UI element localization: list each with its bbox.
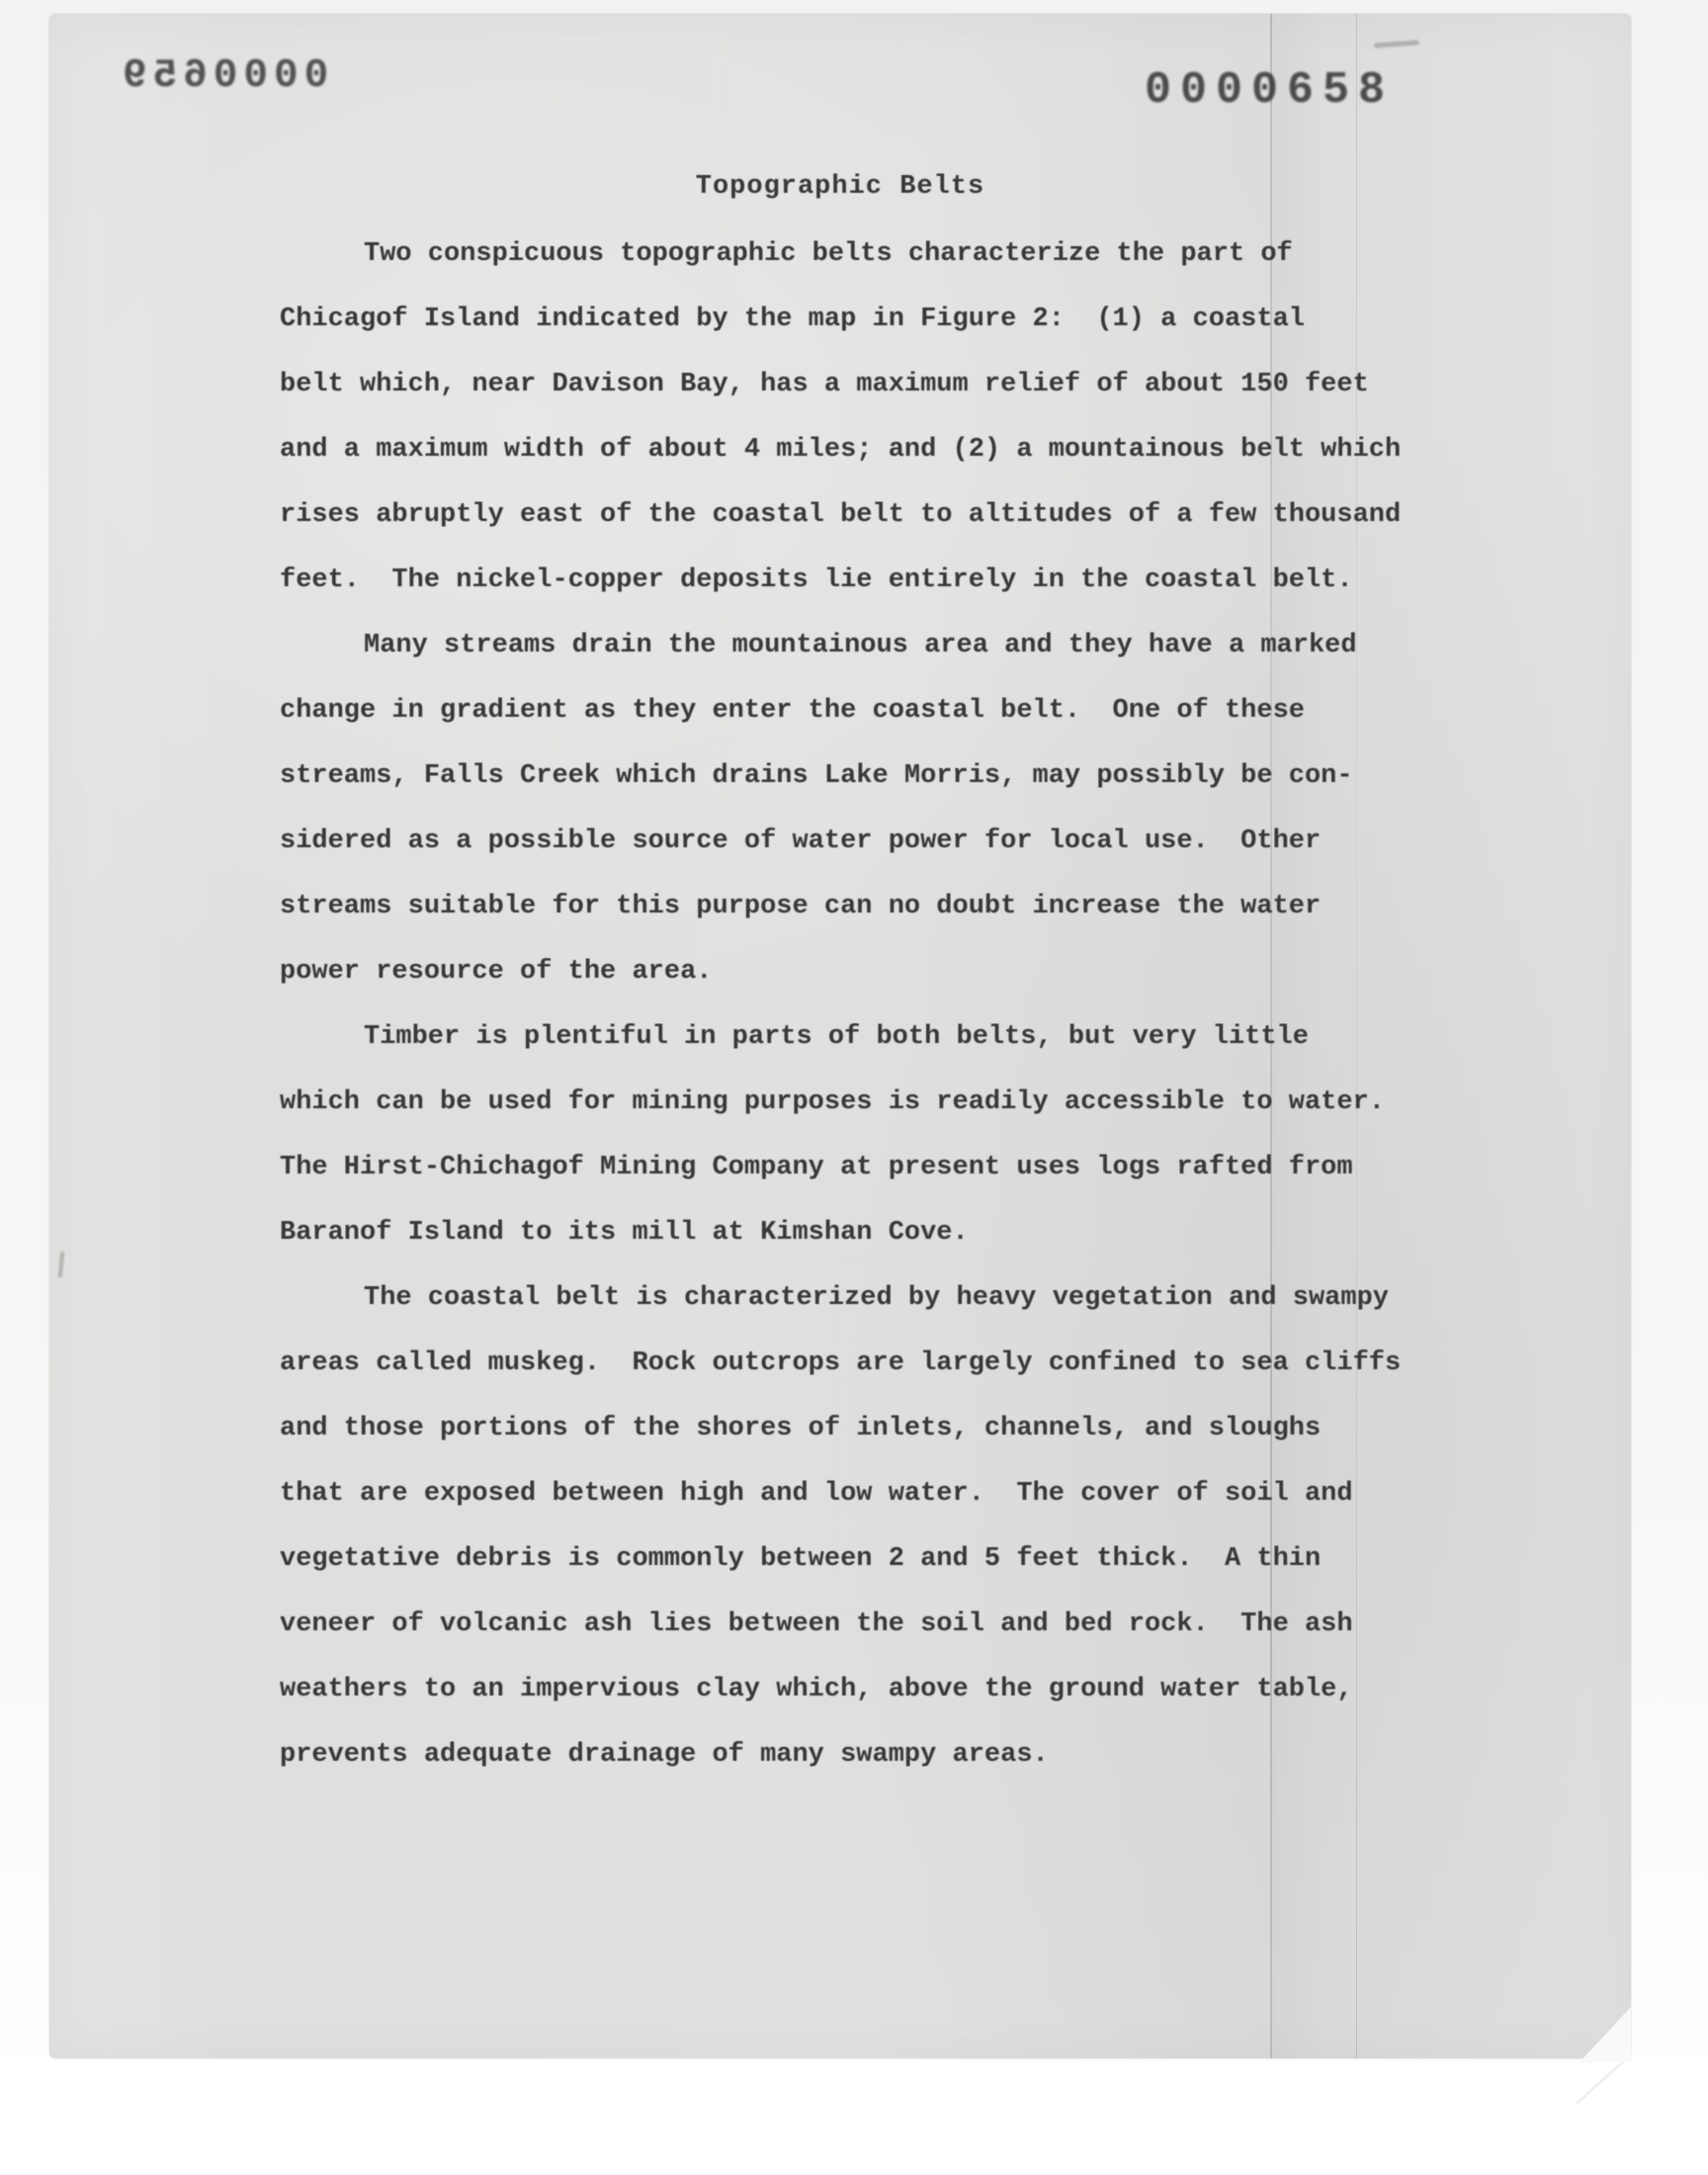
page-number-stamp-bleedthrough: 0000659 <box>117 53 328 99</box>
text-line: and those portions of the shores of inle… <box>280 1396 1505 1461</box>
page-number-stamp: 0000658 <box>1145 65 1394 116</box>
text-line: that are exposed between high and low wa… <box>280 1461 1505 1526</box>
clipped-corner <box>1580 2007 1631 2062</box>
text-line: Timber is plentiful in parts of both bel… <box>280 1004 1505 1070</box>
text-line: areas called muskeg. Rock outcrops are l… <box>280 1331 1505 1396</box>
text-line: veneer of volcanic ash lies between the … <box>280 1592 1505 1657</box>
text-line: The coastal belt is characterized by hea… <box>280 1265 1505 1331</box>
text-line: which can be used for mining purposes is… <box>280 1070 1505 1135</box>
left-edge-scratch-mark <box>58 1252 65 1277</box>
top-edge-scuff-mark <box>1374 40 1419 47</box>
text-line: vegetative debris is commonly between 2 … <box>280 1526 1505 1592</box>
text-line: power resource of the area. <box>280 939 1505 1004</box>
text-line: change in gradient as they enter the coa… <box>280 678 1505 743</box>
text-line: rises abruptly east of the coastal belt … <box>280 482 1505 548</box>
text-line: Many streams drain the mountainous area … <box>280 613 1505 678</box>
text-line: weathers to an impervious clay which, ab… <box>280 1657 1505 1722</box>
text-line: feet. The nickel-copper deposits lie ent… <box>280 548 1505 613</box>
scanned-document-page: 0000659 0000658 Topographic Belts Two co… <box>49 14 1631 2058</box>
text-line: Baranof Island to its mill at Kimshan Co… <box>280 1200 1505 1265</box>
text-line: prevents adequate drainage of many swamp… <box>280 1722 1505 1787</box>
text-line: The Hirst-Chichagof Mining Company at pr… <box>280 1135 1505 1200</box>
text-line: Two conspicuous topographic belts charac… <box>280 221 1505 287</box>
text-line: and a maximum width of about 4 miles; an… <box>280 417 1505 482</box>
text-line: belt which, near Davison Bay, has a maxi… <box>280 352 1505 417</box>
text-line: streams, Falls Creek which drains Lake M… <box>280 743 1505 809</box>
document-title: Topographic Belts <box>49 172 1631 202</box>
text-line: Chicagof Island indicated by the map in … <box>280 287 1505 352</box>
document-body: Two conspicuous topographic belts charac… <box>280 221 1505 1787</box>
text-line: streams suitable for this purpose can no… <box>280 874 1505 939</box>
text-line: sidered as a possible source of water po… <box>280 809 1505 874</box>
